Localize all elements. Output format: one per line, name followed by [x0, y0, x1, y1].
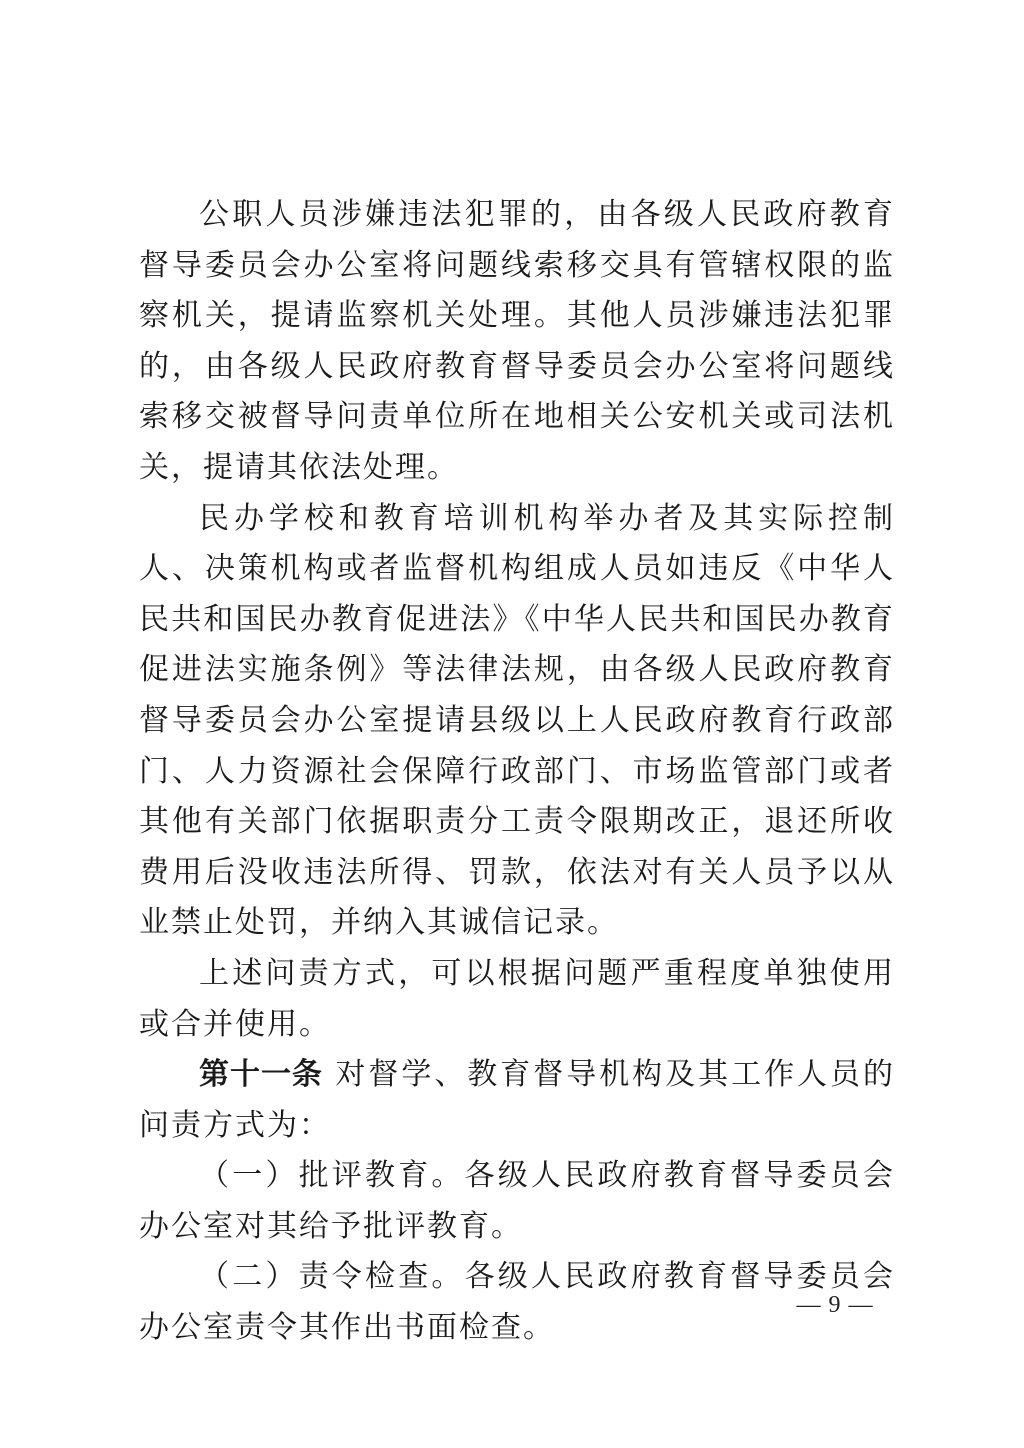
page-number: — 9 —	[780, 1292, 890, 1319]
paragraph-article-eleven: 第十一条 对督学、教育督导机构及其工作人员的问责方式为：	[139, 1050, 895, 1151]
paragraph-criminal-referral: 公职人员涉嫌违法犯罪的，由各级人民政府教育督导委员会办公室将问题线索移交具有管辖…	[139, 190, 895, 494]
document-body: 公职人员涉嫌违法犯罪的，由各级人民政府教育督导委员会办公室将问题线索移交具有管辖…	[139, 190, 895, 1354]
document-page: 公职人员涉嫌违法犯罪的，由各级人民政府教育督导委员会办公室将问题线索移交具有管辖…	[0, 0, 1024, 1448]
paragraph-item-criticism: （一）批评教育。各级人民政府教育督导委员会办公室对其给予批评教育。	[139, 1151, 895, 1252]
paragraph-combined-use: 上述问责方式，可以根据问题严重程度单独使用或合并使用。	[139, 949, 895, 1050]
paragraph-private-school-violations: 民办学校和教育培训机构举办者及其实际控制人、决策机构或者监督机构组成人员如违反《…	[139, 494, 895, 949]
article-label: 第十一条	[199, 1057, 323, 1092]
